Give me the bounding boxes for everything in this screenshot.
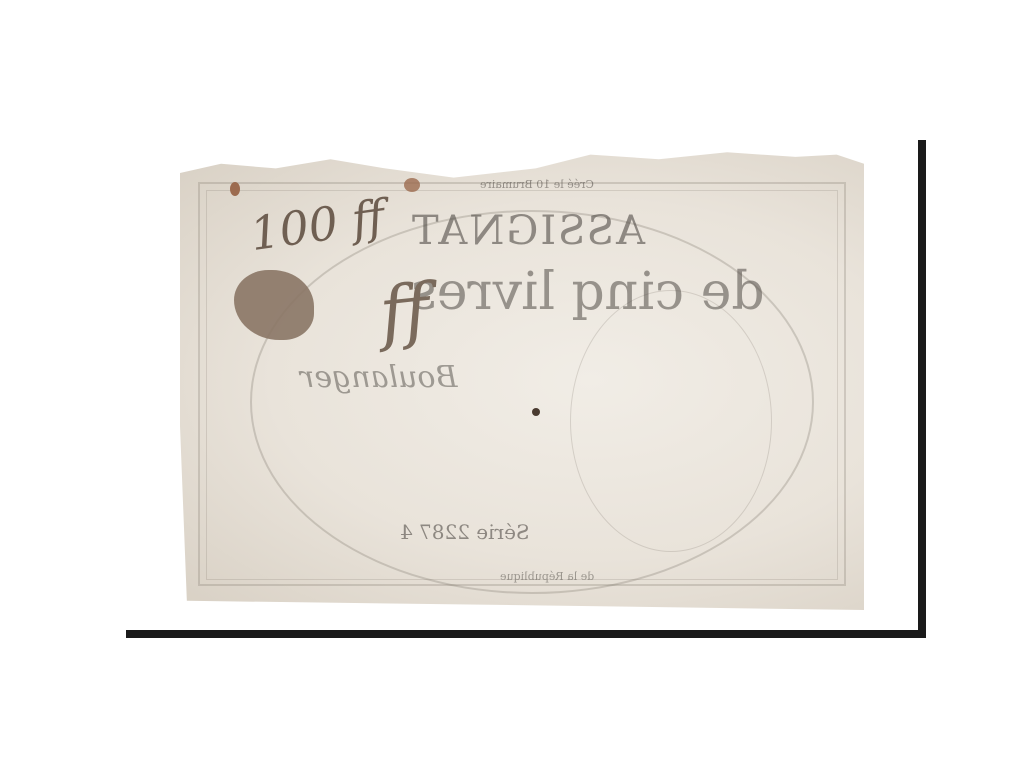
bottom-border-text-label: de la République bbox=[500, 570, 594, 583]
serial-number: Série 2287 4 bbox=[400, 520, 530, 544]
portrait-medallion bbox=[570, 290, 772, 552]
handwritten-mark: ff bbox=[376, 268, 434, 355]
stain-spot bbox=[230, 182, 240, 196]
serial-label: Série 2287 4 bbox=[400, 520, 530, 544]
banknote: Créé le 10 Brumaire ASSIGNAT de cinq liv… bbox=[180, 150, 864, 610]
stain-spot bbox=[404, 178, 420, 192]
denomination: de cinq livres bbox=[410, 262, 765, 322]
title-label: ASSIGNAT bbox=[410, 208, 645, 254]
signature-label: Boulanger bbox=[300, 360, 458, 395]
top-border-text: Créé le 10 Brumaire bbox=[480, 178, 594, 191]
note-title: ASSIGNAT bbox=[410, 208, 645, 254]
signature: Boulanger bbox=[300, 360, 458, 395]
stain-spot bbox=[532, 408, 540, 416]
top-border-text-label: Créé le 10 Brumaire bbox=[480, 178, 594, 191]
bottom-border-text: de la République bbox=[500, 570, 594, 583]
denomination-label: de cinq livres bbox=[410, 262, 765, 322]
